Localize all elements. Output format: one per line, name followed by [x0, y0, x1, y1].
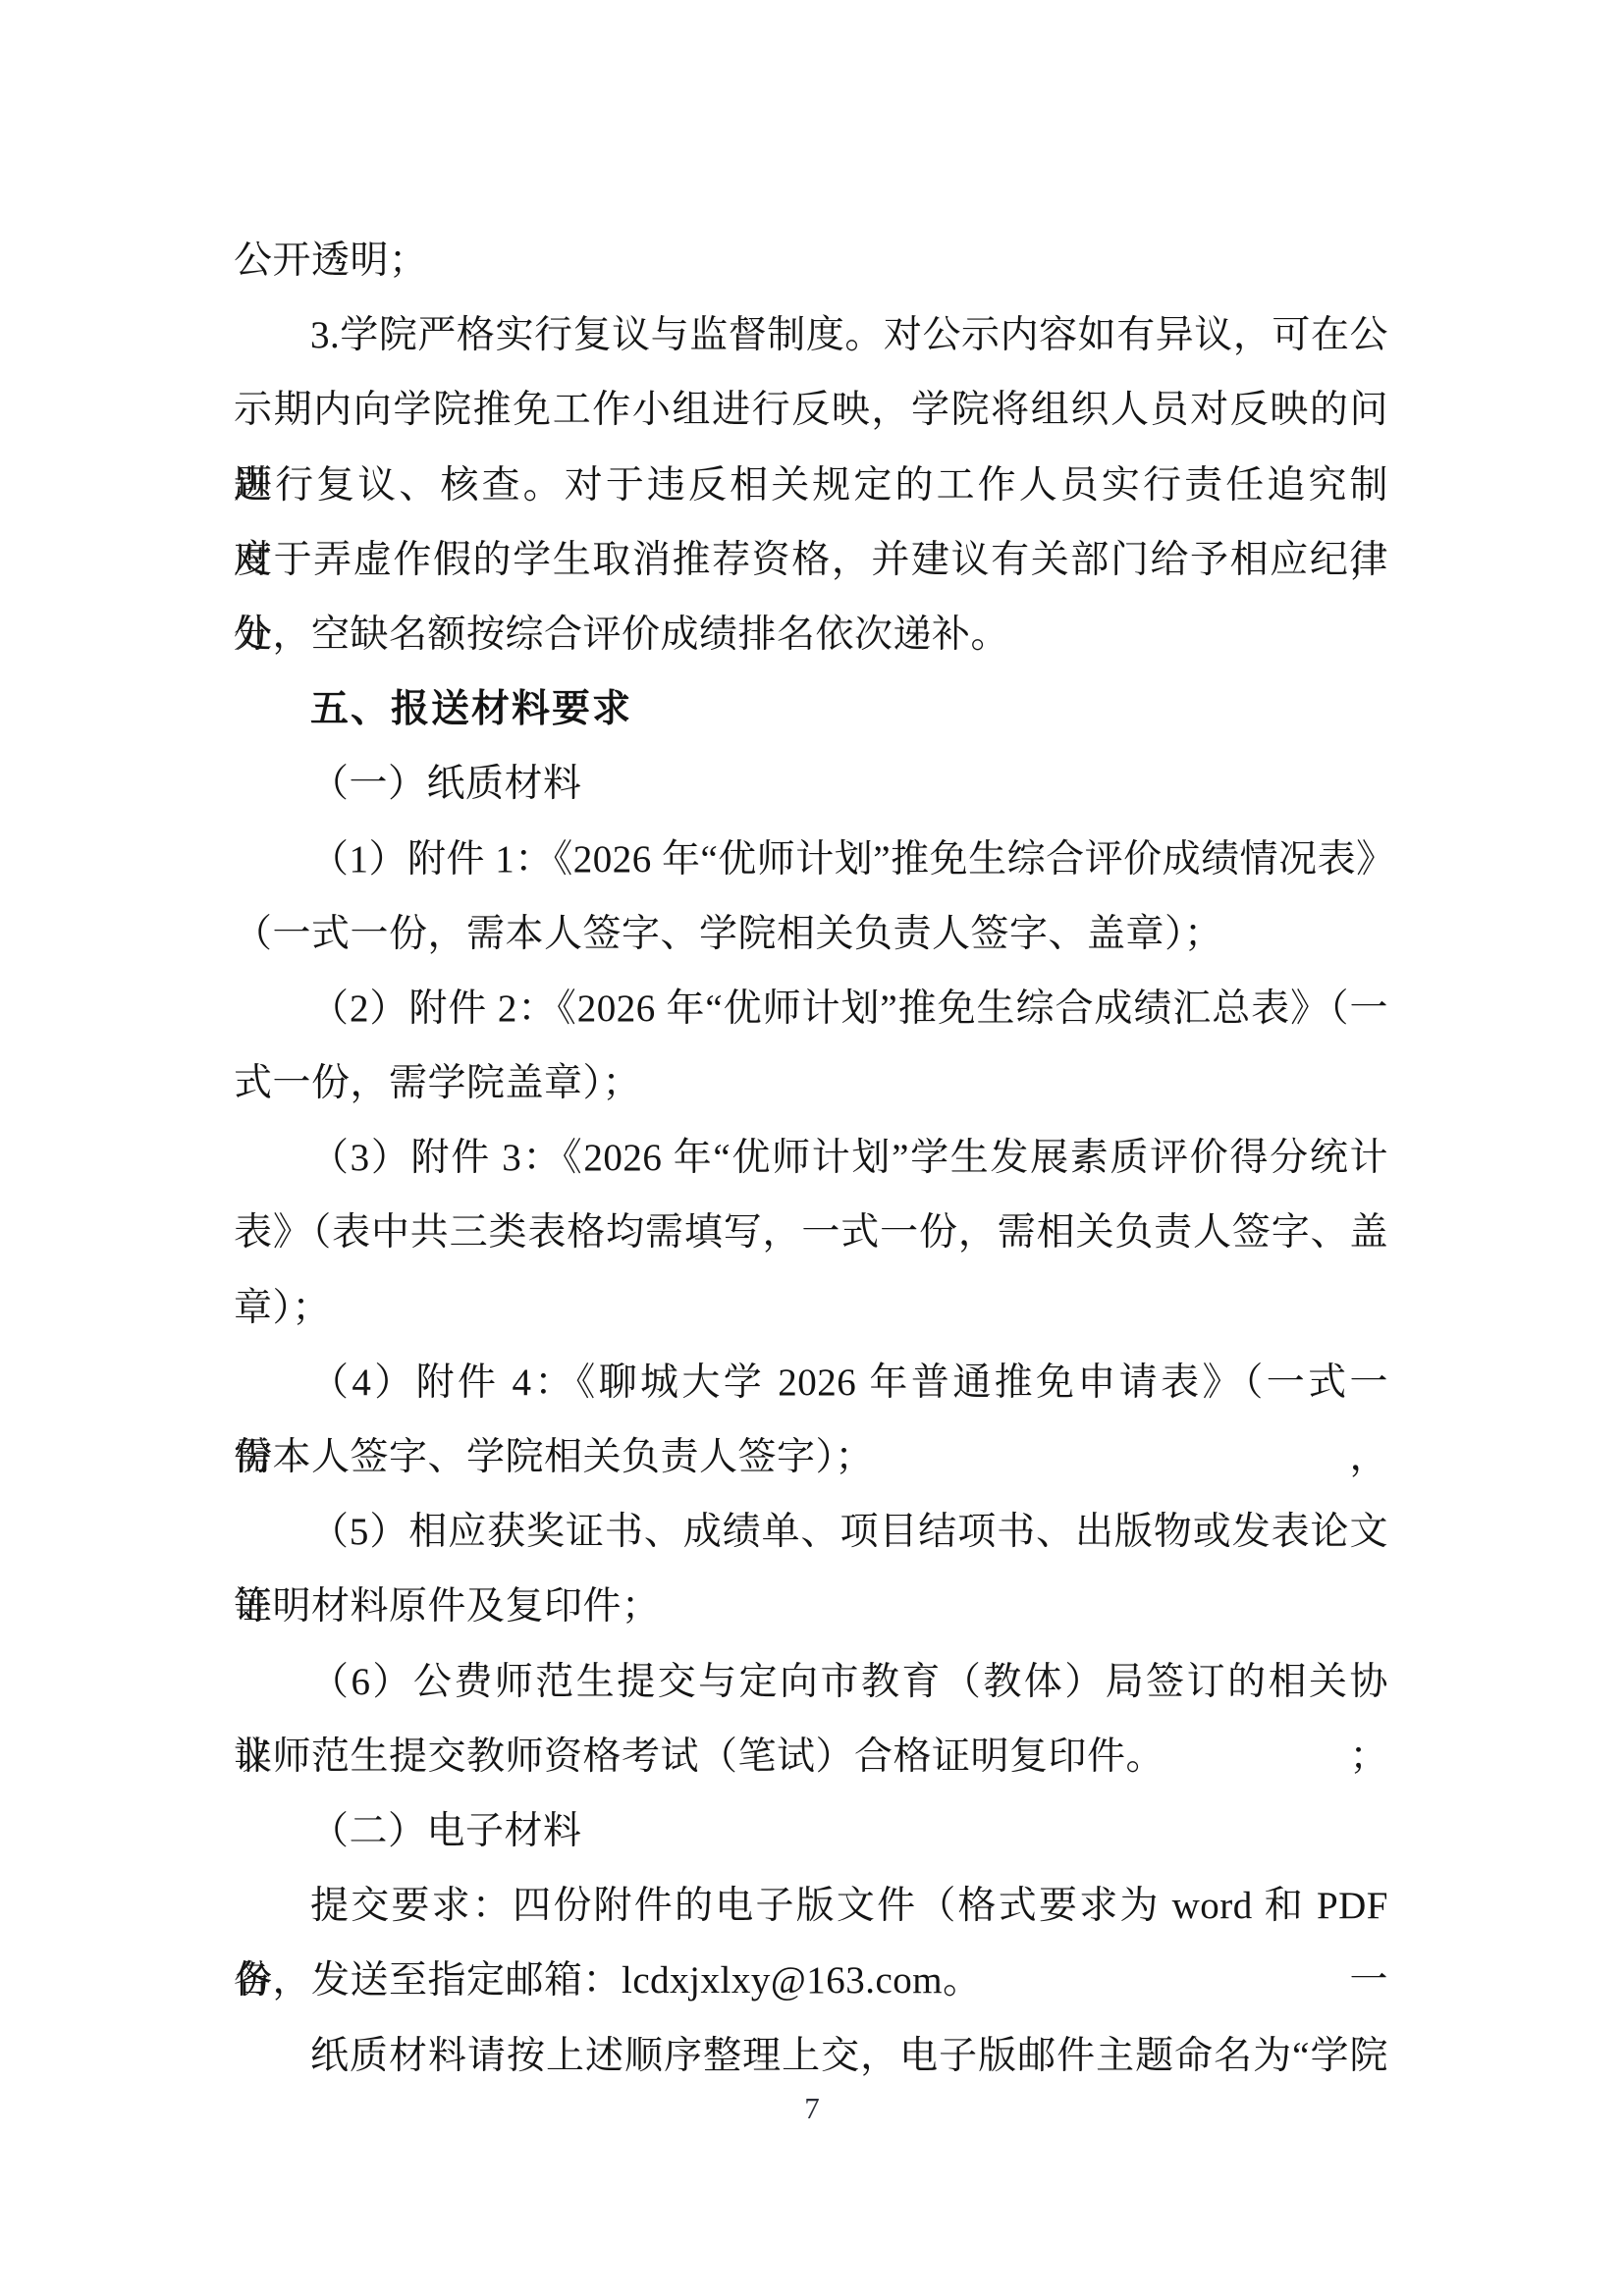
text-line: 进行复议、核查。对于违反相关规定的工作人员实行责任追究制度， — [234, 449, 1388, 523]
text-line: 证明材料原件及复印件； — [234, 1570, 1388, 1644]
text-line: 提交要求：四份附件的电子版文件（格式要求为 word 和 PDF 各一 — [234, 1869, 1388, 1944]
text-line: （一式一份，需本人签字、学院相关负责人签字、盖章）； — [234, 897, 1388, 972]
text-line: （1）附件 1：《2026 年“优师计划”推免生综合评价成绩情况表》 — [234, 823, 1388, 897]
text-line: 对于弄虚作假的学生取消推荐资格，并建议有关部门给予相应纪律处 — [234, 523, 1388, 598]
text-line: 分，空缺名额按综合评价成绩排名依次递补。 — [234, 598, 1388, 672]
text-line: 表》（表中共三类表格均需填写，一式一份，需相关负责人签字、盖 — [234, 1196, 1388, 1270]
text-line: （3）附件 3：《2026 年“优师计划”学生发展素质评价得分统计 — [234, 1121, 1388, 1196]
document-page: 公开透明；3.学院严格实行复议与监督制度。对公示内容如有异议，可在公示期内向学院… — [0, 0, 1624, 2296]
text-line: （4）附件 4：《聊城大学 2026 年普通推免申请表》（一式一份， — [234, 1346, 1388, 1420]
text-line: 3.学院严格实行复议与监督制度。对公示内容如有异议，可在公 — [234, 298, 1388, 373]
text-line: （一）纸质材料 — [234, 747, 1388, 822]
text-line: 章）； — [234, 1271, 1388, 1346]
text-line: 式一份，需学院盖章）； — [234, 1046, 1388, 1121]
text-line: （二）电子材料 — [234, 1794, 1388, 1869]
document-body: 公开透明；3.学院严格实行复议与监督制度。对公示内容如有异议，可在公示期内向学院… — [234, 224, 1388, 2094]
page-number: 7 — [0, 2089, 1624, 2128]
text-line: 公开透明； — [234, 224, 1388, 298]
text-line: （6）公费师范生提交与定向市教育（教体）局签订的相关协议； — [234, 1645, 1388, 1720]
section-heading: 五、报送材料要求 — [234, 672, 1388, 747]
text-line: （2）附件 2：《2026 年“优师计划”推免生综合成绩汇总表》（一 — [234, 972, 1388, 1046]
text-line: 纸质材料请按上述顺序整理上交，电子版邮件主题命名为“学院 — [234, 2019, 1388, 2094]
text-line: 示期内向学院推免工作小组进行反映，学院将组织人员对反映的问题 — [234, 373, 1388, 448]
text-line: （5）相应获奖证书、成绩单、项目结项书、出版物或发表论文等 — [234, 1495, 1388, 1570]
